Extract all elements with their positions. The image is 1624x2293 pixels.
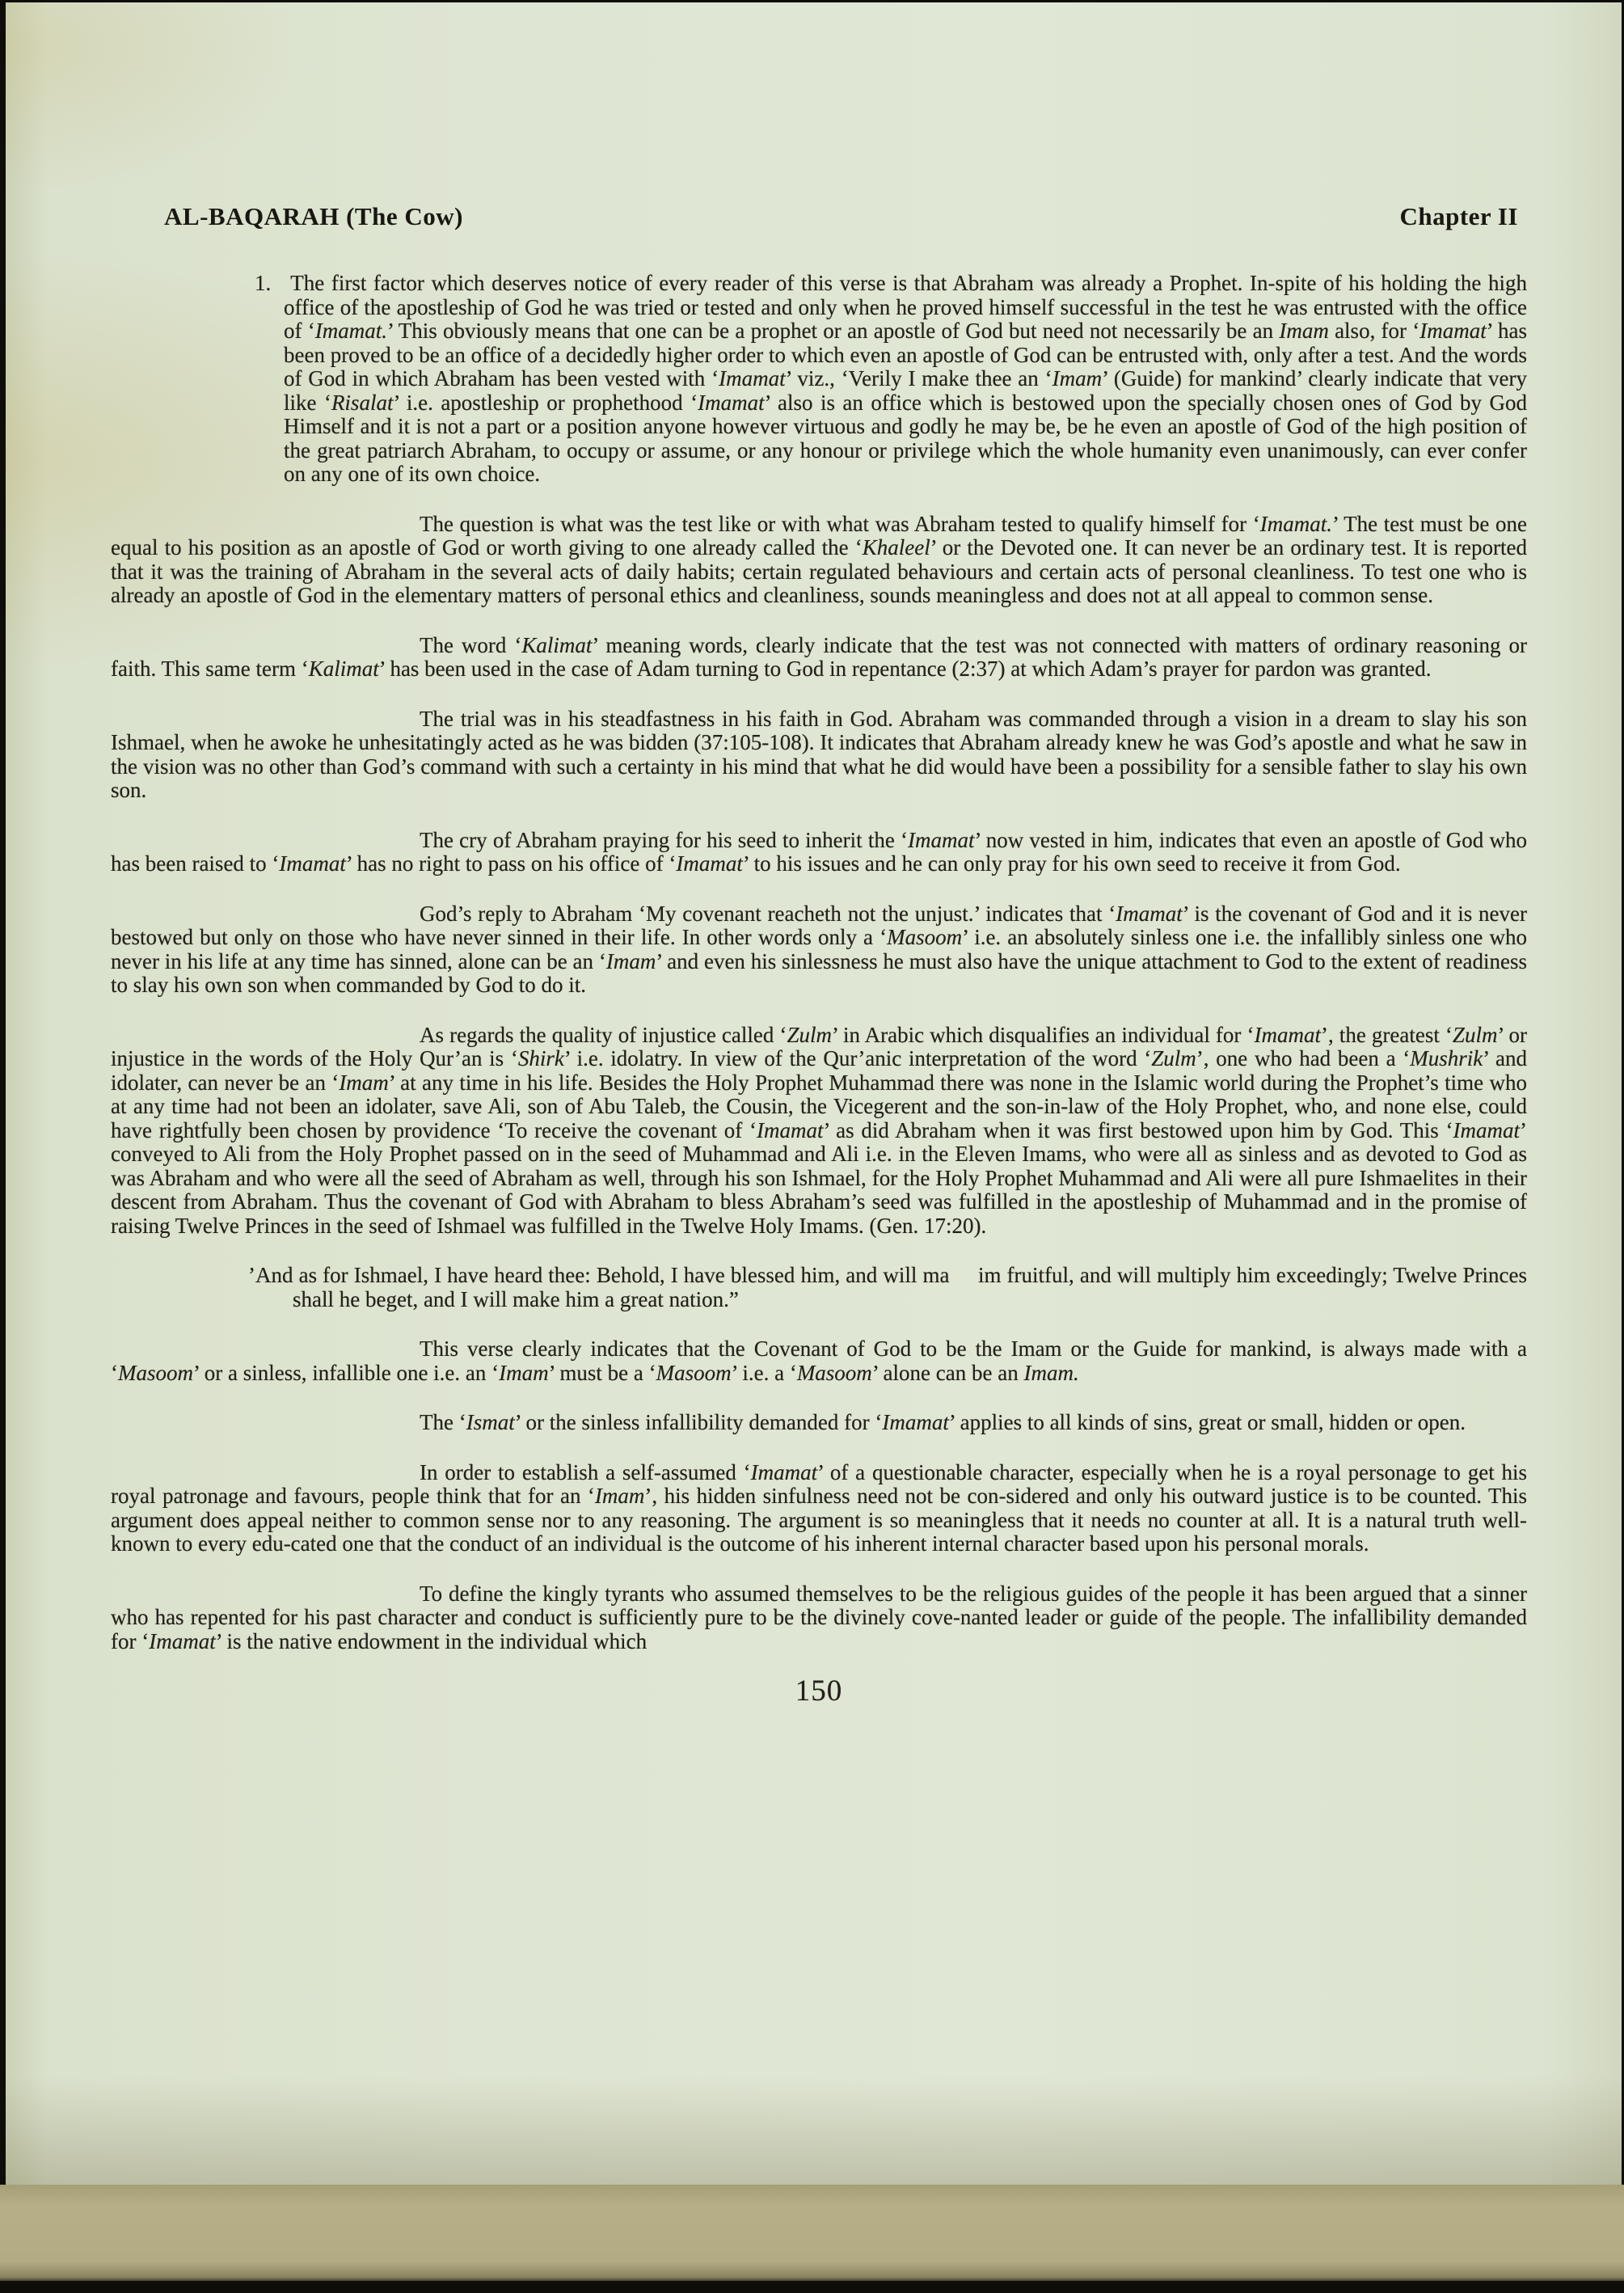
scanned-book-page: AL-BAQARAH (The Cow) Chapter II 1.The fi… (0, 0, 1624, 2293)
paragraph-4: The trial was in his steadfastness in hi… (111, 707, 1527, 803)
paragraph-11: In order to establish a self-assumed ‘Im… (111, 1461, 1527, 1556)
scanner-bed-edge (0, 2185, 1624, 2281)
paragraph-10: The ‘Ismat’ or the sinless infallibility… (111, 1411, 1527, 1435)
paragraph-2: The question is what was the test like o… (111, 513, 1527, 608)
page-content: 1.The first factor which deserves notice… (111, 272, 1527, 1704)
page-number: 150 (111, 1679, 1527, 1704)
paragraph-7: As regards the quality of injustice call… (111, 1024, 1527, 1239)
book-page: AL-BAQARAH (The Cow) Chapter II 1.The fi… (6, 2, 1622, 2185)
running-title: AL-BAQARAH (The Cow) (164, 202, 463, 231)
page-header: AL-BAQARAH (The Cow) Chapter II (164, 202, 1518, 231)
numbered-paragraph: 1.The first factor which deserves notice… (111, 272, 1527, 487)
paragraph-9: This verse clearly indicates that the Co… (111, 1337, 1527, 1385)
paragraph-6: God’s reply to Abraham ‘My covenant reac… (111, 902, 1527, 998)
chapter-label: Chapter II (1399, 202, 1518, 231)
paragraph-3: The word ‘Kalimat’ meaning words, clearl… (111, 634, 1527, 682)
paragraph-number: 1. (255, 271, 290, 295)
paragraph-12: To define the kingly tyrants who assumed… (111, 1582, 1527, 1654)
body-paragraphs: 1.The first factor which deserves notice… (111, 272, 1527, 1653)
quote-paragraph: ’And as for Ishmael, I have heard thee: … (293, 1264, 1527, 1311)
paragraph-5: The cry of Abraham praying for his seed … (111, 829, 1527, 876)
